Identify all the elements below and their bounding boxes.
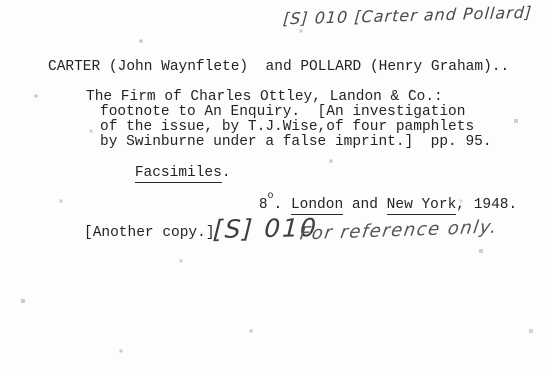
title-line-2: footnote to An Enquiry. [An investigatio… <box>100 105 465 120</box>
scan-speckles <box>0 0 2 2</box>
title-line-1: The Firm of Charles Ottley, Landon & Co.… <box>86 90 443 105</box>
format-number: 8 <box>259 197 268 213</box>
imprint-place-new-york: New York <box>387 197 457 215</box>
another-copy-note: [Another copy.] <box>84 226 215 241</box>
title-line-4: by Swinburne under a false imprint.] pp.… <box>100 135 492 150</box>
handwritten-shelfmark-top: [S] 010 [Carter and Pollard] <box>282 3 533 29</box>
imprint-place-london: London <box>291 197 343 215</box>
imprint-conjunction: and <box>343 197 387 213</box>
facsimiles-underlined: Facsimiles <box>135 165 222 183</box>
title-line-3: of the issue, by T.J.Wise,of four pamphl… <box>100 120 474 135</box>
format-superscript: o <box>268 191 274 202</box>
facsimiles-period: . <box>222 165 231 181</box>
imprint-date: , 1948. <box>456 197 517 213</box>
author-heading: CARTER (John Waynflete) and POLLARD (Hen… <box>48 60 509 75</box>
title-line-facsimiles: Facsimiles. <box>100 151 231 196</box>
format-period: . <box>274 197 291 213</box>
catalog-card: [S] 010 [Carter and Pollard] CARTER (Joh… <box>0 0 550 374</box>
